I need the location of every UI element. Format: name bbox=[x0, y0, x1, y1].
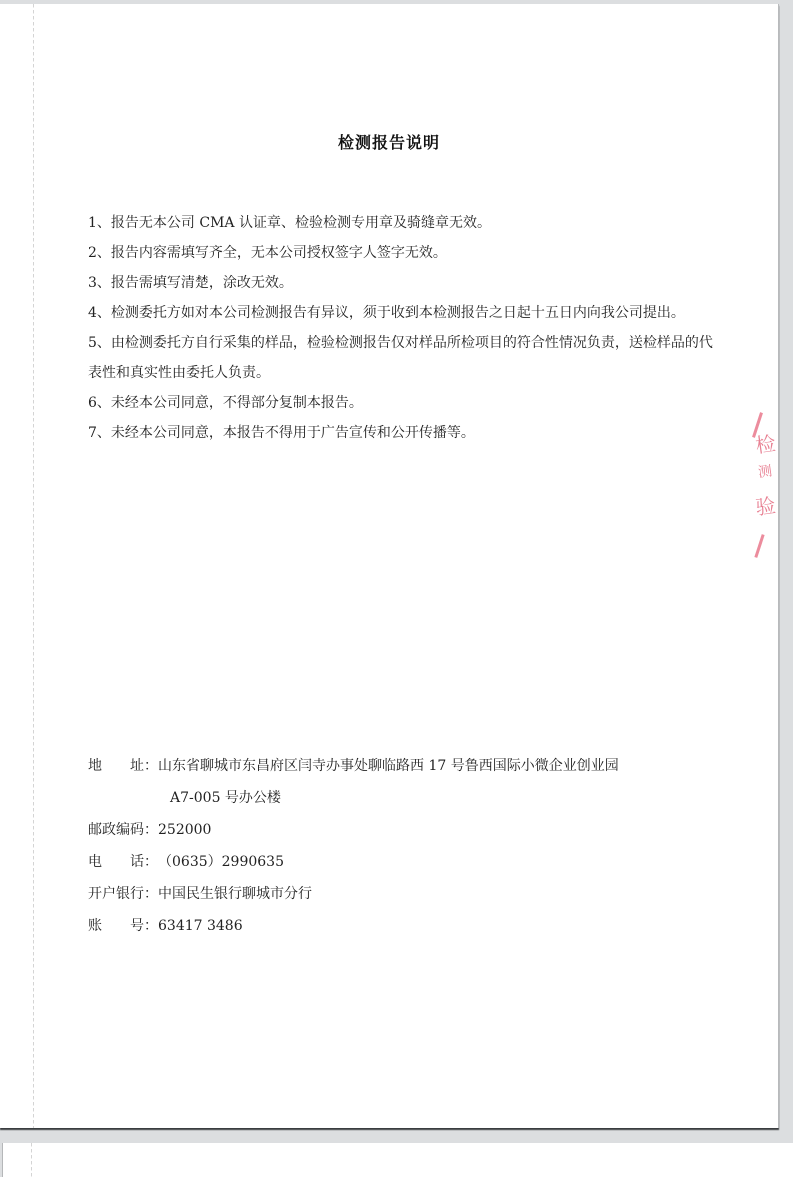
postcode-row: 邮政编码 ： 252000 bbox=[88, 814, 728, 846]
note-item: 2、报告内容需填写齐全，无本公司授权签字人签字无效。 bbox=[88, 238, 718, 268]
seam-seal-stamp: 检 测 验 bbox=[744, 412, 776, 558]
address-value-line2: A7-005 号办公楼 bbox=[170, 782, 728, 814]
document-viewer: 检测报告说明 1、报告无本公司 CMA 认证章、检验检测专用章及骑缝章无效。 2… bbox=[0, 0, 793, 1177]
account-label: 账 号 bbox=[88, 910, 144, 942]
binding-margin-line bbox=[33, 4, 34, 1128]
address-row: 地 址 ： 山东省聊城市东昌府区闫寺办事处聊临路西 17 号鲁西国际小微企业创业… bbox=[88, 750, 728, 782]
address-label: 地 址 bbox=[88, 750, 144, 782]
note-item: 6、未经本公司同意，不得部分复制本报告。 bbox=[88, 388, 718, 418]
postcode-label: 邮政编码 bbox=[88, 814, 144, 846]
account-value: 63417 3486 bbox=[158, 910, 728, 942]
bank-row: 开户银行 ： 中国民生银行聊城市分行 bbox=[88, 878, 728, 910]
note-item: 7、未经本公司同意，本报告不得用于广告宣传和公开传播等。 bbox=[88, 418, 718, 448]
note-item: 4、检测委托方如对本公司检测报告有异议，须于收到本检测报告之日起十五日内向我公司… bbox=[88, 298, 718, 328]
phone-label: 电 话 bbox=[88, 846, 144, 878]
page-title: 检测报告说明 bbox=[0, 130, 778, 153]
contact-info: 地 址 ： 山东省聊城市东昌府区闫寺办事处聊临路西 17 号鲁西国际小微企业创业… bbox=[88, 750, 728, 942]
account-row: 账 号 ： 63417 3486 bbox=[88, 910, 728, 942]
bank-value: 中国民生银行聊城市分行 bbox=[158, 878, 728, 910]
postcode-value: 252000 bbox=[158, 814, 728, 846]
address-value: 山东省聊城市东昌府区闫寺办事处聊临路西 17 号鲁西国际小微企业创业园 bbox=[158, 750, 728, 782]
phone-row: 电 话 ： （0635）2990635 bbox=[88, 846, 728, 878]
note-item: 1、报告无本公司 CMA 认证章、检验检测专用章及骑缝章无效。 bbox=[88, 208, 718, 238]
address-row-continued: A7-005 号办公楼 bbox=[88, 782, 728, 814]
bank-label: 开户银行 bbox=[88, 878, 144, 910]
phone-value: （0635）2990635 bbox=[158, 846, 728, 878]
note-item: 3、报告需填写清楚，涂改无效。 bbox=[88, 268, 718, 298]
next-page bbox=[2, 1143, 793, 1177]
note-item: 5、由检测委托方自行采集的样品，检验检测报告仅对样品所检项目的符合性情况负责，送… bbox=[88, 328, 718, 388]
report-page: 检测报告说明 1、报告无本公司 CMA 认证章、检验检测专用章及骑缝章无效。 2… bbox=[0, 4, 779, 1128]
notes-list: 1、报告无本公司 CMA 认证章、检验检测专用章及骑缝章无效。 2、报告内容需填… bbox=[88, 208, 718, 448]
binding-margin-line bbox=[31, 1143, 32, 1177]
